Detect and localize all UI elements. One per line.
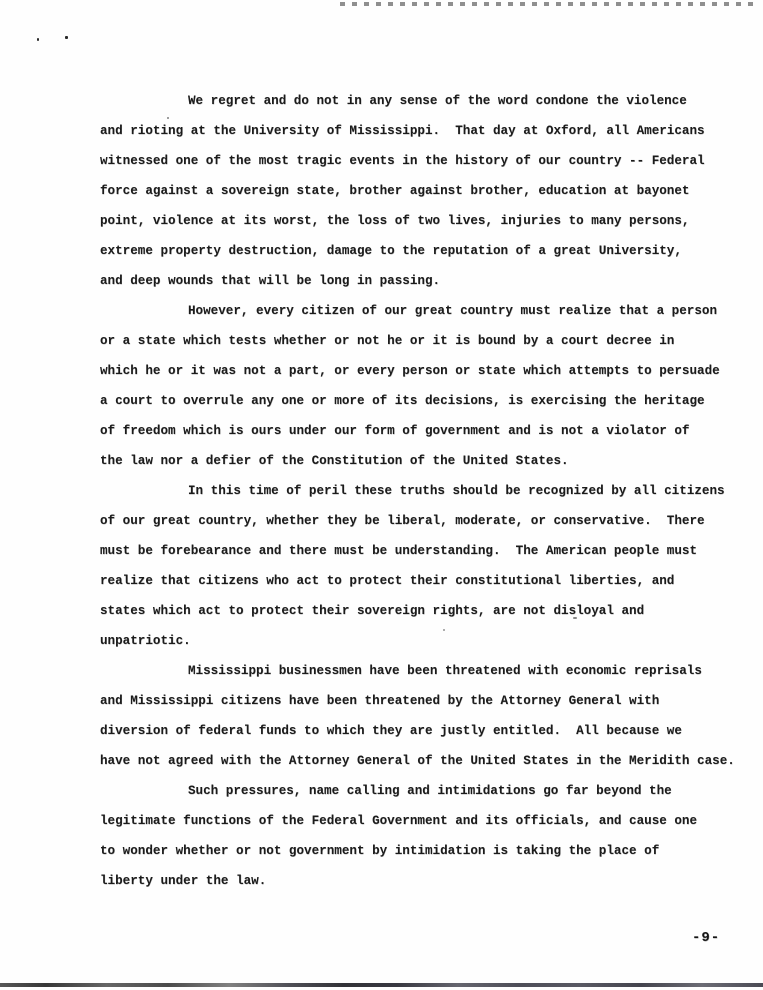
text-line: and rioting at the University of Mississ… (100, 116, 730, 146)
text-line: legitimate functions of the Federal Gove… (100, 806, 730, 836)
paragraph: Mississippi businessmen have been threat… (100, 656, 730, 776)
text-line: and Mississippi citizens have been threa… (100, 686, 730, 716)
text-line: unpatriotic. (100, 626, 730, 656)
scan-speck (37, 38, 39, 41)
document-page: We regret and do not in any sense of the… (0, 0, 763, 990)
text-line: Mississippi businessmen have been threat… (100, 656, 730, 686)
text-line: force against a sovereign state, brother… (100, 176, 730, 206)
text-line: to wonder whether or not government by i… (100, 836, 730, 866)
text-line: We regret and do not in any sense of the… (100, 86, 730, 116)
text-line: a court to overrule any one or more of i… (100, 386, 730, 416)
text-line: have not agreed with the Attorney Genera… (100, 746, 730, 776)
text-line: of freedom which is ours under our form … (100, 416, 730, 446)
paragraph: We regret and do not in any sense of the… (100, 86, 730, 296)
text-line: witnessed one of the most tragic events … (100, 146, 730, 176)
text-line: liberty under the law. (100, 866, 730, 896)
paragraph: Such pressures, name calling and intimid… (100, 776, 730, 896)
text-line: point, violence at its worst, the loss o… (100, 206, 730, 236)
text-line: of our great country, whether they be li… (100, 506, 730, 536)
text-line: Such pressures, name calling and intimid… (100, 776, 730, 806)
bottom-scan-edge (0, 983, 763, 987)
paragraph: However, every citizen of our great coun… (100, 296, 730, 476)
text-line: However, every citizen of our great coun… (100, 296, 730, 326)
text-line: realize that citizens who act to protect… (100, 566, 730, 596)
text-line: In this time of peril these truths shoul… (100, 476, 730, 506)
scan-speck (65, 36, 68, 39)
text-line: which he or it was not a part, or every … (100, 356, 730, 386)
paragraph: In this time of peril these truths shoul… (100, 476, 730, 656)
page-number: -9- (692, 930, 720, 946)
text-line: must be forebearance and there must be u… (100, 536, 730, 566)
text-line: or a state which tests whether or not he… (100, 326, 730, 356)
typewritten-text-body: We regret and do not in any sense of the… (100, 86, 730, 896)
text-line: states which act to protect their sovere… (100, 596, 730, 626)
text-line: and deep wounds that will be long in pas… (100, 266, 730, 296)
text-line: extreme property destruction, damage to … (100, 236, 730, 266)
top-dashed-scan-line (340, 2, 760, 6)
text-line: diversion of federal funds to which they… (100, 716, 730, 746)
text-line: the law nor a defier of the Constitution… (100, 446, 730, 476)
